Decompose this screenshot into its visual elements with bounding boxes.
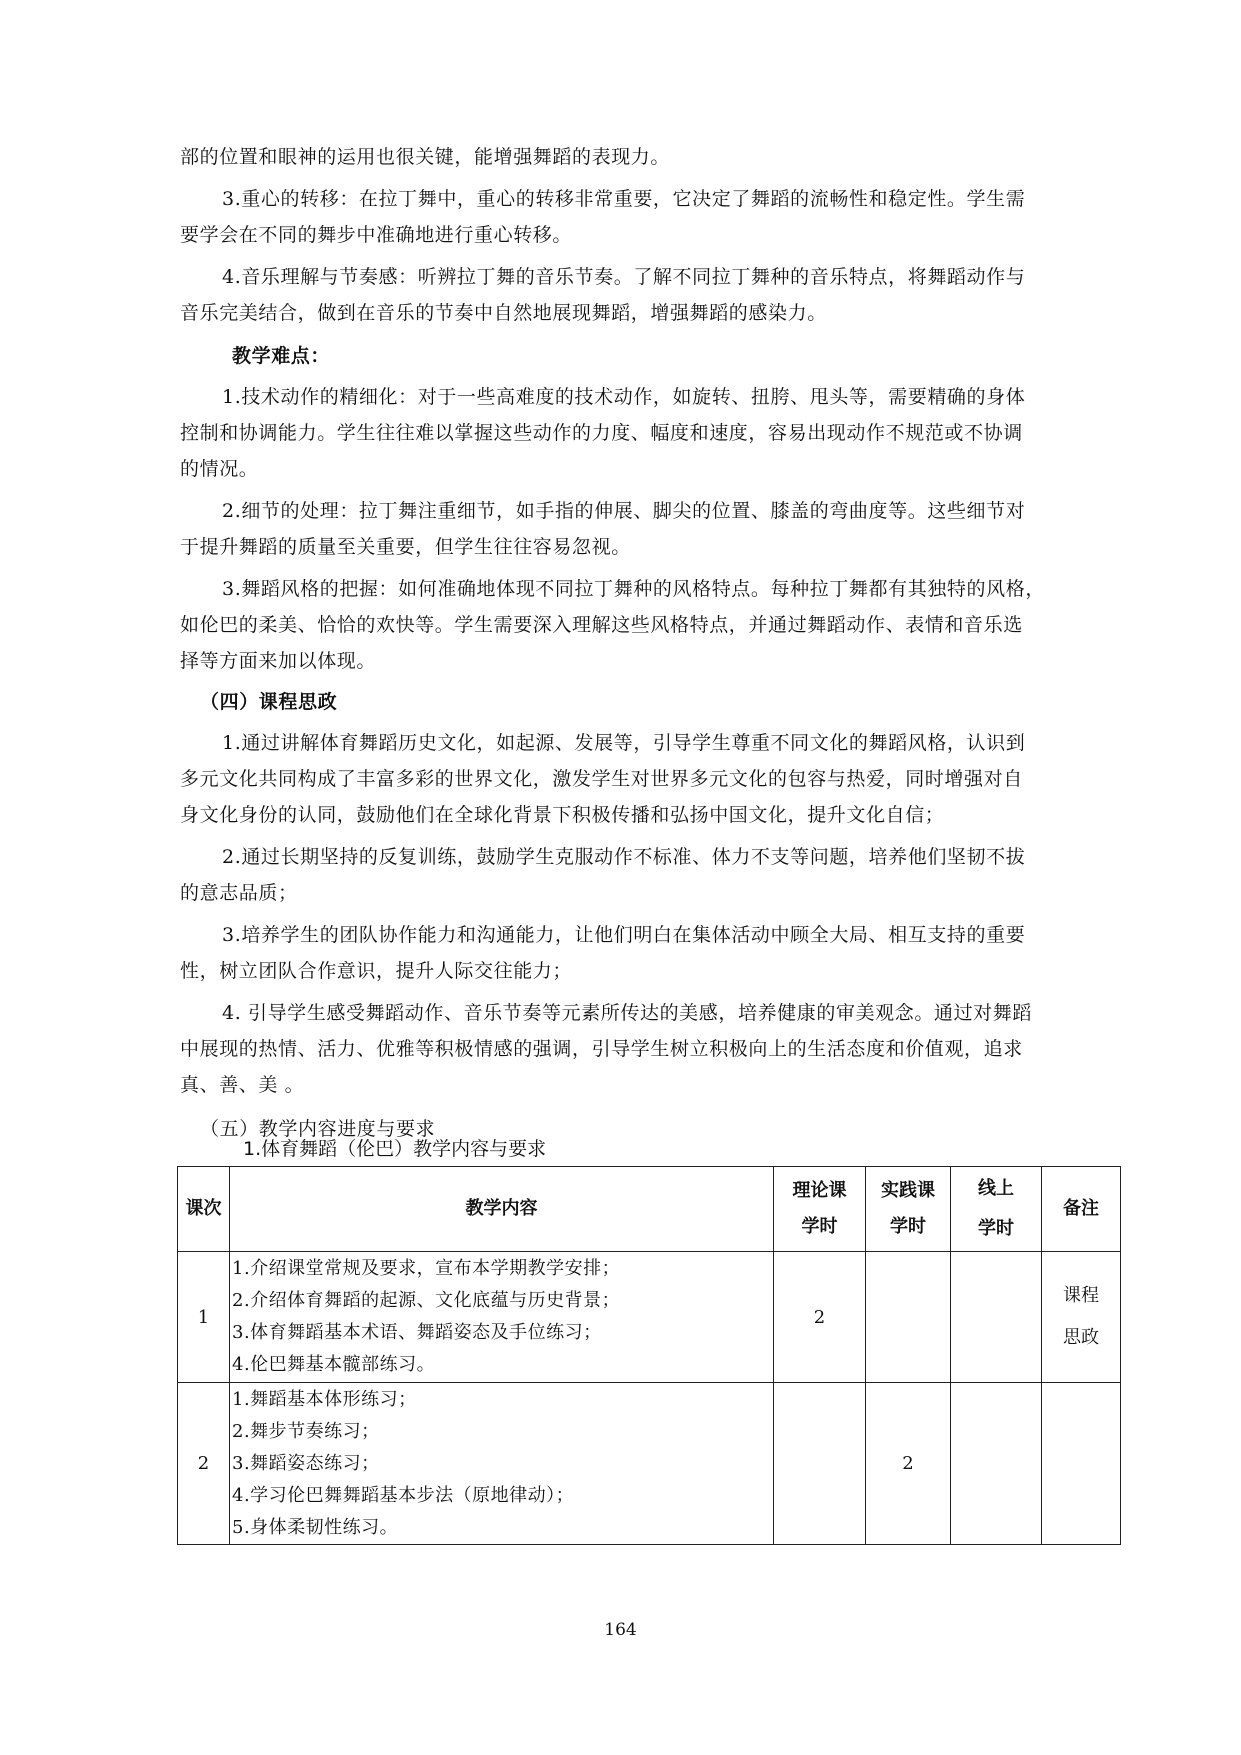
body-text-line: 要学会在不同的舞步中准确地进行重心转移。 <box>180 223 572 247</box>
body-text-line: 4.音乐理解与节奏感：听辨拉丁舞的音乐节奏。了解不同拉丁舞种的音乐特点，将舞蹈动… <box>222 265 1025 289</box>
header-notes: 备注 <box>1042 1167 1121 1252</box>
cell-online-hours <box>951 1252 1042 1383</box>
cell-online-hours <box>951 1383 1042 1545</box>
header-session: 课次 <box>178 1167 230 1252</box>
header-online-line2: 学时 <box>951 1211 1041 1247</box>
table-caption: 1.体育舞蹈（伦巴）教学内容与要求 <box>243 1137 546 1161</box>
header-practice-hours: 实践课 学时 <box>866 1167 951 1252</box>
body-text-line: 真、善、美 。 <box>180 1073 304 1097</box>
header-theory-line2: 学时 <box>774 1209 865 1245</box>
content-item: 4.学习伦巴舞舞蹈基本步法（原地律动）； <box>232 1480 773 1512</box>
body-text-line: 身文化身份的认同，鼓励他们在全球化背景下积极传播和弘扬中国文化，提升文化自信； <box>180 803 944 827</box>
table-row: 2 1.舞蹈基本体形练习； 2.舞步节奏练习； 3.舞蹈姿态练习； 4.学习伦巴… <box>178 1383 1121 1545</box>
header-practice-line2: 学时 <box>866 1209 950 1245</box>
content-item: 5.身体柔韧性练习。 <box>232 1512 773 1544</box>
table-header-row: 课次 教学内容 理论课 学时 实践课 学时 线上 学时 备注 <box>178 1167 1121 1252</box>
header-online-line1: 线上 <box>951 1171 1041 1207</box>
header-practice-line1: 实践课 <box>866 1173 950 1209</box>
body-text-line: 的情况。 <box>180 457 258 481</box>
body-text-line: 4. 引导学生感受舞蹈动作、音乐节奏等元素所传达的美感，培养健康的审美观念。通过… <box>222 1001 1032 1025</box>
body-text-line: 于提升舞蹈的质量至关重要，但学生往往容易忽视。 <box>180 535 631 559</box>
body-text-line: 控制和协调能力。学生往往难以掌握这些动作的力度、幅度和速度，容易出现动作不规范或… <box>180 421 1023 445</box>
body-text-line: 2.通过长期坚持的反复训练，鼓励学生克服动作不标准、体力不支等问题，培养他们坚韧… <box>222 845 1025 869</box>
header-online-hours: 线上 学时 <box>951 1167 1042 1252</box>
cell-notes <box>1042 1383 1121 1545</box>
content-item: 4.伦巴舞基本髋部练习。 <box>232 1349 773 1381</box>
content-item: 2.介绍体育舞蹈的起源、文化底蕴与历史背景； <box>232 1285 773 1317</box>
body-text-line: 多元文化共同构成了丰富多彩的世界文化，激发学生对世界多元文化的包容与热爱，同时增… <box>180 767 1023 791</box>
body-text-line: 3.培养学生的团队协作能力和沟通能力，让他们明白在集体活动中顾全大局、相互支持的… <box>222 923 1025 947</box>
page-number: 164 <box>0 1620 1241 1640</box>
body-text-line: 性，树立团队合作意识，提升人际交往能力； <box>180 959 572 983</box>
body-text-line: 1.技术动作的精细化：对于一些高难度的技术动作，如旋转、扭胯、甩头等，需要精确的… <box>222 385 1025 409</box>
body-text-line: 3.重心的转移：在拉丁舞中，重心的转移非常重要，它决定了舞蹈的流畅性和稳定性。学… <box>222 187 1025 211</box>
cell-theory-hours: 2 <box>774 1252 866 1383</box>
content-item: 2.舞步节奏练习； <box>232 1416 773 1448</box>
content-item: 3.舞蹈姿态练习； <box>232 1448 773 1480</box>
header-theory-hours: 理论课 学时 <box>774 1167 866 1252</box>
body-text-line: 部的位置和眼神的运用也很关键，能增强舞蹈的表现力。 <box>180 145 670 169</box>
cell-content: 1.舞蹈基本体形练习； 2.舞步节奏练习； 3.舞蹈姿态练习； 4.学习伦巴舞舞… <box>230 1383 774 1545</box>
content-item: 1.舞蹈基本体形练习； <box>232 1384 773 1416</box>
content-item: 3.体育舞蹈基本术语、舞蹈姿态及手位练习； <box>232 1317 773 1349</box>
note-line: 课程 <box>1042 1275 1120 1317</box>
body-text-line: 音乐完美结合，做到在音乐的节奏中自然地展现舞蹈，增强舞蹈的感染力。 <box>180 301 827 325</box>
content-item: 1.介绍课堂常规及要求，宣布本学期教学安排； <box>232 1253 773 1285</box>
teaching-content-table: 课次 教学内容 理论课 学时 实践课 学时 线上 学时 备注 1 1.介绍课堂常… <box>177 1166 1121 1545</box>
section-heading-teaching-difficulties: 教学难点： <box>232 344 330 368</box>
body-text-line: 3.舞蹈风格的把握：如何准确地体现不同拉丁舞种的风格特点。每种拉丁舞都有其独特的… <box>222 577 1045 601</box>
cell-content: 1.介绍课堂常规及要求，宣布本学期教学安排； 2.介绍体育舞蹈的起源、文化底蕴与… <box>230 1252 774 1383</box>
table-row: 1 1.介绍课堂常规及要求，宣布本学期教学安排； 2.介绍体育舞蹈的起源、文化底… <box>178 1252 1121 1383</box>
header-content: 教学内容 <box>230 1167 774 1252</box>
section-heading-course-ideology: （四）课程思政 <box>200 690 337 714</box>
cell-session: 2 <box>178 1383 230 1545</box>
note-line: 思政 <box>1042 1317 1120 1359</box>
header-theory-line1: 理论课 <box>774 1173 865 1209</box>
body-text-line: 1.通过讲解体育舞蹈历史文化，如起源、发展等，引导学生尊重不同文化的舞蹈风格，认… <box>222 731 1025 755</box>
cell-session: 1 <box>178 1252 230 1383</box>
body-text-line: 中展现的热情、活力、优雅等积极情感的强调，引导学生树立积极向上的生活态度和价值观… <box>180 1037 1023 1061</box>
cell-notes: 课程 思政 <box>1042 1252 1121 1383</box>
cell-theory-hours <box>774 1383 866 1545</box>
body-text-line: 2.细节的处理：拉丁舞注重细节，如手指的伸展、脚尖的位置、膝盖的弯曲度等。这些细… <box>222 499 1025 523</box>
body-text-line: 的意志品质； <box>180 881 298 905</box>
cell-practice-hours: 2 <box>866 1383 951 1545</box>
body-text-line: 择等方面来加以体现。 <box>180 649 376 673</box>
cell-practice-hours <box>866 1252 951 1383</box>
body-text-line: 如伦巴的柔美、恰恰的欢快等。学生需要深入理解这些风格特点，并通过舞蹈动作、表情和… <box>180 613 1023 637</box>
